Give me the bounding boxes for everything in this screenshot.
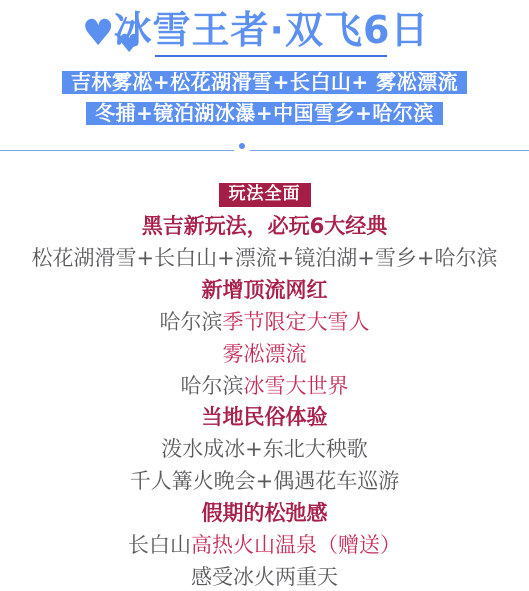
feature-highlight: 雾凇漂流 <box>223 342 307 366</box>
section-divider <box>0 142 529 164</box>
header: ♥ ♥ 冰雪王者·双飞6日 <box>0 0 529 57</box>
feature-text: 千人篝火晚会+偶遇花车巡游 <box>130 469 400 493</box>
feature-line: 感受冰火两重天 <box>0 562 529 591</box>
feature-text: 松花湖滑雪+长白山+漂流+镜泊湖+雪乡+哈尔滨 <box>32 246 498 270</box>
feature-lines: 黑吉新玩法，必玩6大经典 松花湖滑雪+长白山+漂流+镜泊湖+雪乡+哈尔滨 新增顶… <box>0 211 529 591</box>
feature-highlight: 季节限定大雪人 <box>223 310 370 334</box>
feature-highlight: 高热火山温泉（赠送） <box>191 533 401 557</box>
features-section: 玩法全面 黑吉新玩法，必玩6大经典 松花湖滑雪+长白山+漂流+镜泊湖+雪乡+哈尔… <box>0 183 529 591</box>
highlight-banner-1: 吉林雾凇+松花湖滑雪+长白山+ 雾凇漂流 <box>62 71 467 94</box>
feature-text: 长白山 <box>128 533 191 557</box>
title-underline <box>155 55 387 57</box>
feature-line: 雾凇漂流 <box>0 339 529 371</box>
page-title: 冰雪王者·双飞6日 <box>114 8 430 52</box>
banner-row: 吉林雾凇+松花湖滑雪+长白山+ 雾凇漂流 <box>0 71 529 94</box>
highlight-banner-2: 冬捕+镜泊湖冰瀑+中国雪乡+哈尔滨 <box>86 102 443 125</box>
feature-line: 当地民俗体验 <box>0 402 529 434</box>
banner-row: 冬捕+镜泊湖冰瀑+中国雪乡+哈尔滨 <box>0 102 529 125</box>
feature-line: 松花湖滑雪+长白山+漂流+镜泊湖+雪乡+哈尔滨 <box>0 243 529 275</box>
feature-text: 哈尔滨 <box>181 374 244 398</box>
feature-line: 新增顶流网红 <box>0 275 529 307</box>
promo-flyer: ♥ ♥ 冰雪王者·双飞6日 吉林雾凇+松花湖滑雪+长白山+ 雾凇漂流 冬捕+镜泊… <box>0 0 529 591</box>
feature-text: 泼水成冰+东北大秧歌 <box>161 437 368 461</box>
feature-line: 黑吉新玩法，必玩6大经典 <box>0 211 529 243</box>
feature-text: 黑吉新玩法，必玩6大经典 <box>142 214 388 238</box>
feature-line: 假期的松弛感 <box>0 498 529 530</box>
divider-line <box>0 150 529 151</box>
feature-text: 当地民俗体验 <box>202 405 328 429</box>
feature-line: 哈尔滨冰雪大世界 <box>0 371 529 403</box>
feature-line: 长白山高热火山温泉（赠送） <box>0 530 529 562</box>
feature-highlight: 冰雪大世界 <box>244 374 349 398</box>
feature-text: 哈尔滨 <box>160 310 223 334</box>
heart-icon: ♥ <box>82 16 114 52</box>
feature-text: 感受冰火两重天 <box>191 565 338 589</box>
section-badge: 玩法全面 <box>219 183 311 207</box>
feature-text: 新增顶流网红 <box>202 278 328 302</box>
heart-icon: ♥ <box>118 31 140 56</box>
feature-line: 哈尔滨季节限定大雪人 <box>0 307 529 339</box>
feature-text: 假期的松弛感 <box>202 501 328 525</box>
feature-line: 千人篝火晚会+偶遇花车巡游 <box>0 466 529 498</box>
feature-line: 泼水成冰+东北大秧歌 <box>0 434 529 466</box>
divider-dot-icon <box>233 137 251 155</box>
